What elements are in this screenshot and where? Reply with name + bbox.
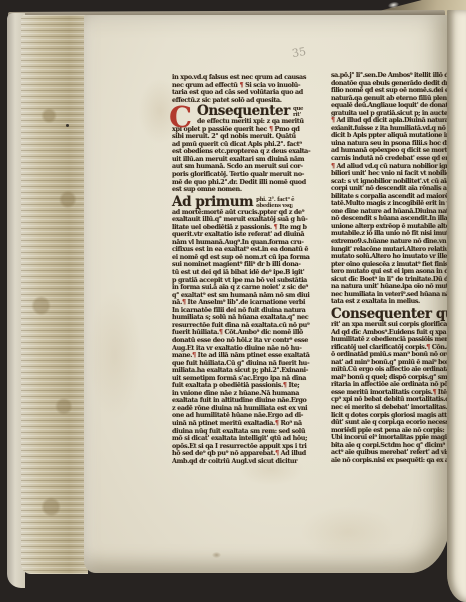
text-line: nō descendit s hūana ascendit.In illa en… — [331, 215, 463, 223]
rubric-pilcrow: ¶ — [239, 82, 243, 89]
text-line: nec ei merito si debebat' imortalitas.¶ … — [331, 404, 463, 412]
text-line: ¶ Ad aliud vd.q cū natura nobilior igno- — [331, 163, 463, 171]
rubric-pilcrow: ¶ — [283, 382, 287, 389]
text-line: corpi unit' nō descendit aīa rōnalis a s… — [331, 185, 463, 193]
rubric-pilcrow: ¶ — [275, 450, 279, 457]
text-line: gratuita uel p gratiā.sicut p; in aucte … — [331, 110, 463, 118]
text-line: mai⁹ bonū q quel; dispō corpis.g° sm act… — [331, 374, 463, 382]
text-line: exaltauit illū.q° meruit exaltatōj suā g… — [172, 216, 330, 224]
text-line: q° exaltat⁹ est sm humanā nām nō sm diui — [172, 292, 330, 300]
section-heading: Consequenter que — [331, 306, 463, 321]
facing-page-edge — [447, 10, 466, 602]
text-line: nec qrum ad effectū ¶ Si scia vo inuolū- — [172, 82, 330, 90]
text-line: dūt' sunt aīe q corpi.qa ecorio necessit… — [331, 419, 463, 427]
text-line: nā.¶ Ite Anselm⁹ lib°.de icarnatione ver… — [172, 299, 330, 307]
text-line: ritaria in affectiōe aīe ordinata nō pōt — [331, 381, 463, 389]
heading-side-text: querit' — [293, 106, 303, 118]
folio-number: 35 — [291, 45, 307, 60]
text-line: filio nomē qd est sup oē nomē.s.dei esse… — [331, 87, 463, 95]
rubric-pilcrow: ¶ — [192, 352, 196, 359]
text-line: litate uel obediētiā z passionis. ¶ Ite … — [172, 224, 330, 232]
text-line: bilitate s corpalia ascendit ad maiorē n… — [331, 193, 463, 201]
ink-speck — [66, 124, 69, 127]
text-line: in xpo.vd.q falsus est nec qrum ad causa… — [172, 74, 330, 82]
text-line: uina natura seu in psona filii.s hoc dic… — [331, 140, 463, 148]
text-line: ei nomē qd est sup oē nom.rt cū ipa form… — [172, 254, 330, 262]
text-line: ad humanā opōexpeo q dicit se mortalitat… — [331, 147, 463, 155]
text-line: uinā nā ptinet meritū exaltadia.¶ Ro⁹ nā — [172, 420, 330, 428]
text-line: sibi meruit. 2° qd nobis meruit. Quātū — [172, 133, 330, 141]
text-line: ad mortē:mortē aūt crucis.ppter qd z de⁹ — [172, 209, 330, 217]
text-line: de effectu meriti xpi: z qa meritū — [172, 118, 330, 126]
text-line: licit q dotes corpis gloriosi magis attē… — [331, 412, 463, 420]
text-line: mītū.Cū ergo ois affectio aīe ordinata s… — [331, 366, 463, 374]
text-block-fore-edge — [21, 15, 88, 574]
text-line: humiliata s; solū nā hūana exaltata.q° n… — [172, 314, 330, 322]
text-line: taria est quo ad cās sed volūtaria quo a… — [172, 89, 330, 97]
text-line: fuit exaltata p obediētiā passionis.¶ It… — [172, 382, 330, 390]
text-line: exīanit.fuisse z ita humiliatā.vd.q nō — [331, 125, 463, 133]
text-line: act⁹ aīe quibus merebat' refert' ad visi… — [331, 449, 463, 457]
text-line: one ad humilitatē hūane nāe.Ergo ad di- — [172, 412, 330, 420]
text-line: ad pmū querit cū dicat Apls phi.2°. fact… — [172, 141, 330, 149]
rubric-pilcrow: ¶ — [269, 126, 273, 133]
text-line: fuerit hūiliata.¶ Cōt.Ambo⁹ dic nomē ill… — [172, 329, 330, 337]
text-line: one dīne nature ad hūanā.Diuina natura — [331, 208, 463, 216]
text-line: cifixus est in ea exaltat⁹ est.in ea don… — [172, 246, 330, 254]
text-line: bita aīe q corpi.Sctdm hoc q° dicim⁹ q — [331, 442, 463, 450]
text-line: cp⁹ xpi nō bebat debitū mortalitatis.q° — [331, 396, 463, 404]
text-line: diuina nūq fuit exaltata sm rem: sed sol… — [172, 428, 330, 436]
text-line: biliori unit' hec vnio ni facit vt nobil… — [331, 170, 463, 178]
heading-text: Ad primum — [172, 196, 253, 209]
text-line: mē de quo phi.2°.dr. Dedit illi nomē quo… — [172, 179, 330, 187]
text-line: in forma sui.ā aīa q z carne noīet' z si… — [172, 284, 330, 292]
text-line: in vnione dīne nāe z hūane.Nā humana — [172, 390, 330, 398]
text-line: tero mutato qui est ei ipm asona in dext… — [331, 268, 463, 276]
text-line: carnis indutā nō credebat' esse qd erat. — [331, 155, 463, 163]
text-line: scat: s vt ignobilior nobilitet'.vt cū a… — [331, 178, 463, 186]
rubric-pilcrow: ¶ — [426, 344, 430, 351]
text-line: Amb.qd dr coitriū Augl.vd sicut dicitur — [172, 458, 330, 466]
text-line: rificatōj uel clarificatōj corpis.¶ Cōn.… — [331, 344, 463, 352]
text-line: hō sed de⁹ qb pu⁹ nō apparebat.¶ Ad illu… — [172, 450, 330, 458]
text-line: na natura unit' hūane.ipa oīo nō mutat' — [331, 283, 463, 291]
text-line: z eadē rōne diuina nā humiliata est ex v… — [172, 405, 330, 413]
text-line: Ad qd dīc Ambos⁹.Euidens fuit q xpa p — [331, 329, 463, 337]
text-line: dicit b Apls ppter aliquā mutatione in d… — [331, 132, 463, 140]
text-line: exaltata fuit in altitudine diuine nāe.E… — [172, 397, 330, 405]
rubric-pilcrow: ¶ — [275, 420, 279, 427]
text-line: p gratiā accepit vt ipe ma bō vel substā… — [172, 277, 330, 285]
text-line: donatū esse deo nō hōi.z ita vr contr⁹ e… — [172, 337, 330, 345]
text-line: que fuit hūiliata.Cū g° diuina nā fuerit… — [172, 360, 330, 368]
text-line: tū est ut dei qd iā bibat idē de⁹ ipe.B … — [172, 269, 330, 277]
rubric-initial: C — [169, 105, 192, 129]
text-line: tata est z exaltata in melius. — [331, 298, 463, 306]
right-text-column: sa.pō.j° li°.sen.De Ambos⁹ itellit illō … — [331, 72, 463, 464]
text-line: uit illū.an meruit exaltari sm diuinā nā… — [172, 156, 330, 164]
text-line: aut sm humanā. Scdo an meruit sui cor- — [172, 163, 330, 171]
text-line: aīe nō corpis.nisi ex psequēti: qa ex al… — [331, 457, 463, 465]
text-line: In icarnatōe filii dei nō fuit diuina na… — [172, 307, 330, 315]
text-line: naturā.qa genuit ab eterno filiū plenū z… — [331, 95, 463, 103]
text-line: pter oīno quiescēa z imutat⁹ fiet finist… — [331, 261, 463, 269]
heading-text: Onsequenter — [197, 105, 290, 118]
text-line: opōs.Et si qa I resurrectōe appuit xps i… — [172, 443, 330, 451]
text-line: equalē deū.Angliaue loquit' de donatione — [331, 102, 463, 110]
text-line: esse meritū imortalitatis corpis.¶ Itē — [331, 389, 463, 397]
text-line: poris glorificatōj. Tertio qualr meruit … — [172, 171, 330, 179]
text-line: mō si dicat' exaltata intelligit' qtū ad… — [172, 435, 330, 443]
section-heading: Ad primumphi. 2°. fact⁹ ēobediens vsq; — [172, 194, 330, 209]
text-line: iungit' relacōne mutari.Altero relatiuo9 — [331, 246, 463, 254]
text-line: nat' ad min⁹ bonū.g° pmiū ē mai⁹ bonum q — [331, 359, 463, 367]
text-line: nec humiliata in veteri⁹.sed hūana nā mu… — [331, 291, 463, 299]
text-line: ¶ Ad illud qd dicit apla.Diuinā naturam — [331, 117, 463, 125]
text-line: extremo9.s.hūane nature nō dīne.vn si' — [331, 238, 463, 246]
text-line: mutato solū.Altero ho imutato vr ille qd… — [331, 253, 463, 261]
text-line: xpi oplet p passiōe querit hec ¶ Pmo qd — [172, 126, 330, 134]
text-line: est obediens etc.propterea q z deus exal… — [172, 148, 330, 156]
photo-of-incunabulum-page: { "folio_mark": "35", "colors": { "backg… — [0, 0, 466, 602]
heading-text: Consequenter que — [331, 308, 463, 321]
text-line: mane.¶ Ite ad illā nām ptinet esse exalt… — [172, 352, 330, 360]
text-line: querit.vtr exaltatio iste referat' ad di… — [172, 231, 330, 239]
text-line: sicut dīc Boet⁹ in li° de trinitate.Dū d… — [331, 276, 463, 284]
rubric-pilcrow: ¶ — [219, 329, 223, 336]
text-line: Ubi incoruī ei⁹ imortalitas ppīe magis h… — [331, 434, 463, 442]
text-line: donatōe qua ebuls generādo dedit dna⁹ — [331, 80, 463, 88]
text-line: miliata.ha exaltata sicut p; phi.2°.Exin… — [172, 367, 330, 375]
text-line: humilitatē z obedienciā passiōis meruit … — [331, 336, 463, 344]
text-line: moriēdi ppīe est pena aīe nō corpis: — [331, 427, 463, 435]
text-line: uit semetipm formā s'ac.Ergo ipa nā dīna — [172, 375, 330, 383]
text-line: Aug.Et ita vr exaltatio diuine nāe nō hu… — [172, 345, 330, 353]
heading-row: Onsequenterquerit' — [197, 104, 330, 118]
text-line: mutabile.z iō illa unio nō fit nisi imut… — [331, 230, 463, 238]
left-text-column: in xpo.vd.q falsus est nec qrum ad causa… — [172, 74, 330, 465]
text-line: sui nominet magient⁹ fili⁹ dr b illi don… — [172, 261, 330, 269]
rubric-pilcrow: ¶ — [331, 163, 335, 170]
text-line: est sup omne nomen. — [172, 186, 330, 194]
rubric-pilcrow: ¶ — [331, 117, 335, 124]
rubric-pilcrow: ¶ — [182, 299, 186, 306]
text-line: resurrectōe fuit dīna nā exaltata.cū nō … — [172, 322, 330, 330]
heading-side-text: phi. 2°. fact⁹ ēobediens vsq; — [256, 197, 294, 209]
text-line: unione alterp extrēop ē mutabile alterp … — [331, 223, 463, 231]
rubric-pilcrow: ¶ — [274, 224, 278, 231]
text-line: sa.pō.j° li°.sen.De Ambos⁹ itellit illō … — [331, 72, 463, 80]
rubric-pilcrow: ¶ — [432, 389, 436, 396]
text-line: rit' an xpa meruit sui corpis glorificat… — [331, 321, 463, 329]
dropcap-section-heading: COnsequenterquerit'de effectu meriti xpi… — [172, 104, 330, 126]
text-line: tatē.Multo magis z incogibilē erit in vn… — [331, 200, 463, 208]
text-line: nām vl humanā.Aug⁹.In quan.forma cru- — [172, 239, 330, 247]
text-line: ō ordinatād pmiū.s man⁹ bonū nō ordi- — [331, 351, 463, 359]
